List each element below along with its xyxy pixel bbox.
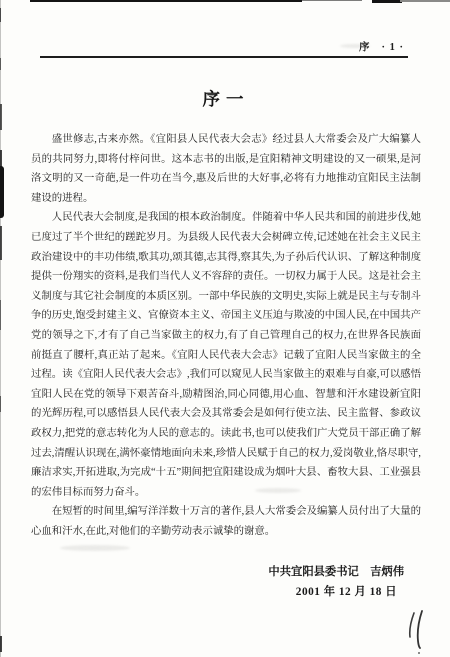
signature-date: 2001 年 12 月 18 日 bbox=[31, 582, 421, 603]
scan-edge-left bbox=[0, 226, 2, 260]
page-header: 序 · 1 · bbox=[359, 39, 404, 54]
scan-edge-top bbox=[372, 0, 402, 3]
body-paragraph: 盛世修志,古来亦然。《宜阳县人民代表大会志》经过县人大常委会及广大编纂人员的共同… bbox=[31, 130, 421, 208]
scan-edge-left bbox=[0, 8, 1, 22]
scan-edge-left bbox=[0, 300, 1, 330]
page-content: 序一 盛世修志,古来亦然。《宜阳县人民代表大会志》经过县人大常委会及广大编纂人员… bbox=[31, 86, 421, 603]
scan-edge-top bbox=[400, 0, 450, 2]
handwritten-mark bbox=[398, 607, 434, 655]
scan-edge-left bbox=[0, 396, 1, 412]
scan-edge-left bbox=[0, 58, 1, 70]
scan-edge-left bbox=[0, 166, 4, 218]
scan-edge-top bbox=[30, 0, 302, 2]
page-title: 序一 bbox=[31, 86, 421, 111]
scan-edge-left bbox=[0, 104, 2, 130]
preface-body: 盛世修志,古来亦然。《宜阳县人民代表大会志》经过县人大常委会及广大编纂人员的共同… bbox=[31, 130, 421, 541]
body-paragraph: 在短暂的时间里,编写洋洋数十万言的著作,县人大常委会及编纂人员付出了大量的心血和… bbox=[31, 502, 421, 541]
signature-block: 中共宜阳县委书记 吉炳伟 2001 年 12 月 18 日 bbox=[31, 562, 421, 603]
header-rule bbox=[40, 56, 408, 58]
scan-edge-top bbox=[302, 0, 362, 1]
running-title: 序 bbox=[359, 39, 371, 54]
signature-name: 中共宜阳县委书记 吉炳伟 bbox=[31, 562, 421, 582]
page-number: · 1 · bbox=[381, 42, 404, 53]
scan-edge-left bbox=[0, 636, 2, 652]
body-paragraph: 人民代表大会制度,是我国的根本政治制度。伴随着中华人民共和国的前进步伐,她已度过… bbox=[31, 208, 421, 502]
scanned-page: 序 · 1 · 序一 盛世修志,古来亦然。《宜阳县人民代表大会志》经过县人大常委… bbox=[0, 0, 450, 657]
